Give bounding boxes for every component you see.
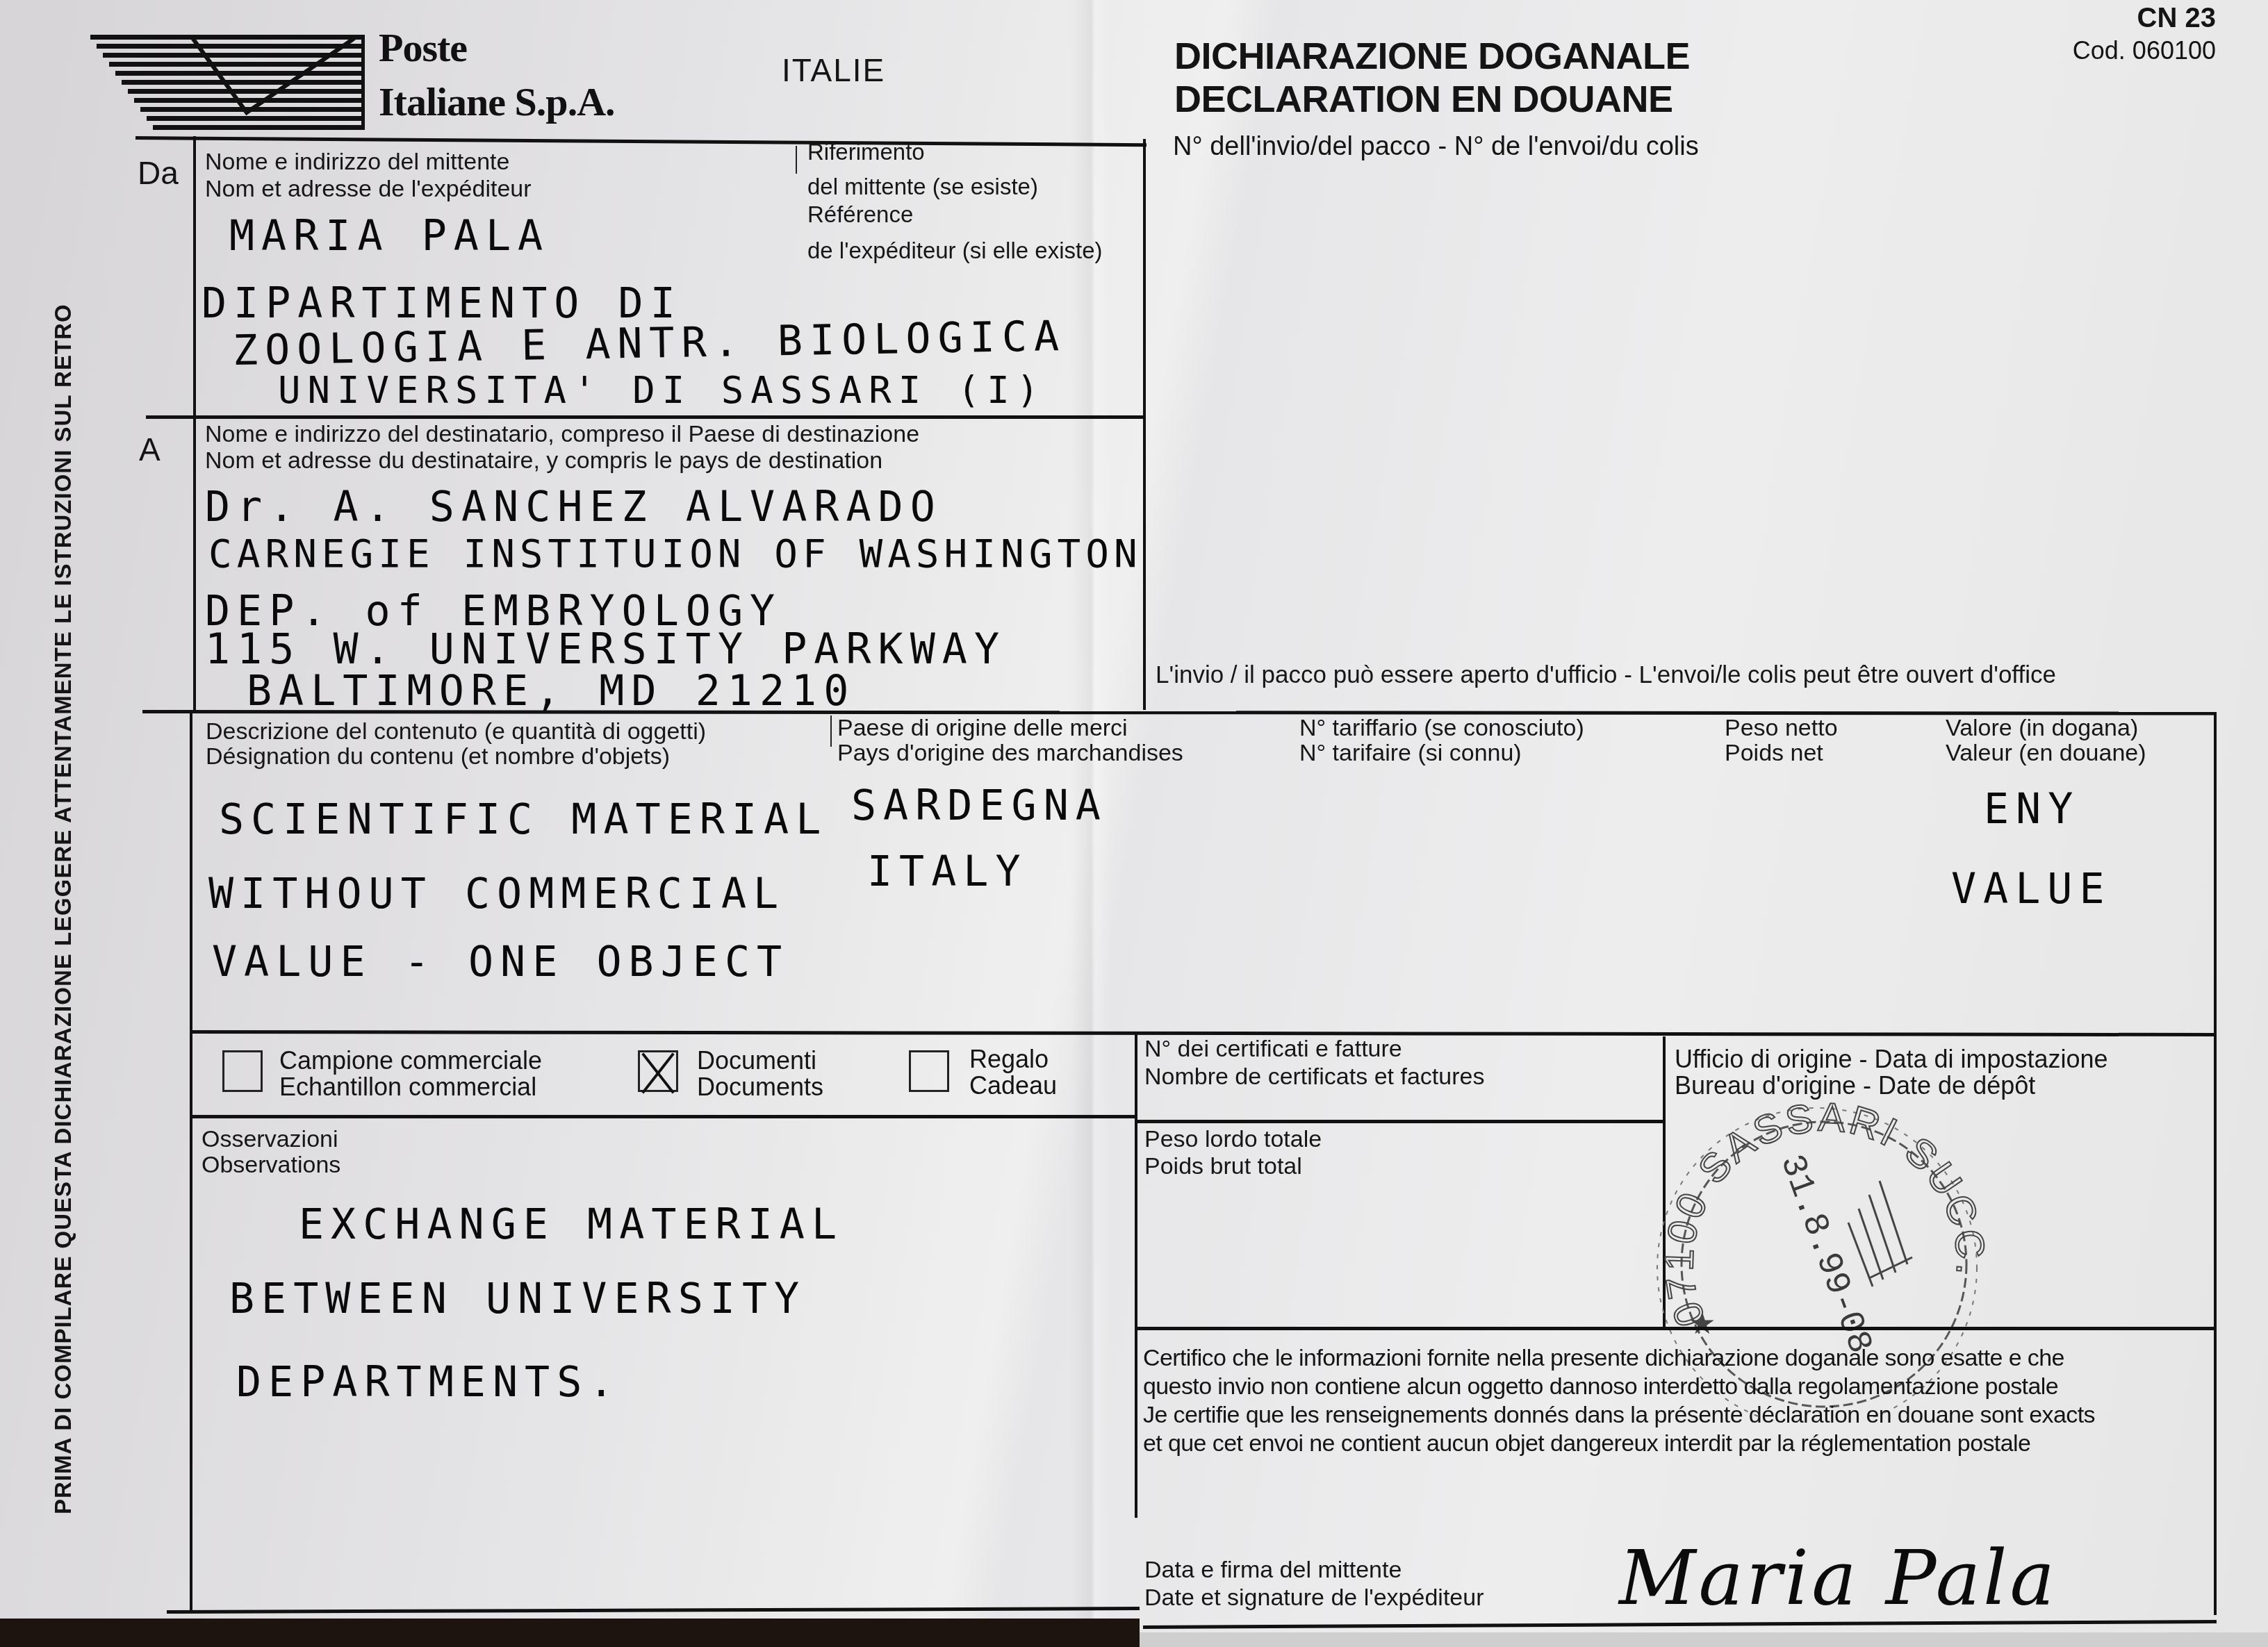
tariff-label-it: N° tariffario (se conosciuto)	[1299, 714, 1584, 742]
net-weight-label-fr: Poids net	[1725, 739, 1823, 767]
certification-line: questo invio non contiene alcun oggetto …	[1143, 1373, 2095, 1401]
sender-address-line[interactable]: UNIVERSITA' DI SASSARI (I)	[278, 368, 1046, 412]
reference-label: del mittente (se esiste)	[807, 174, 1038, 200]
desk-background	[0, 1619, 1140, 1647]
gross-weight-label-it: Peso lordo totale	[1144, 1125, 1322, 1153]
recipient-address-line[interactable]: BALTIMORE, MD 21210	[247, 667, 855, 715]
brand-name: Poste Italiane S.p.A.	[379, 28, 615, 122]
sender-label-it: Nome e indirizzo del mittente	[205, 148, 509, 176]
page-title: DICHIARAZIONE DOGANALE DECLARATION EN DO…	[1174, 35, 1690, 121]
form-code: CN 23	[2137, 3, 2216, 34]
value-label-fr: Valeur (en douane)	[1946, 739, 2146, 767]
svg-text:★: ★	[1688, 1307, 1716, 1341]
sender-section-label: Da	[138, 154, 179, 192]
reference-label: Référence	[807, 201, 913, 228]
office-origin-label-it: Ufficio di origine - Data di impostazion…	[1675, 1045, 2108, 1073]
origin-country: ITALIE	[782, 51, 885, 89]
recipient-section-label: A	[139, 431, 161, 468]
divider	[830, 715, 832, 747]
may-be-opened-note: L'invio / il pacco può essere aperto d'u…	[1156, 661, 2056, 689]
certificates-label-it: N° dei certificati e fatture	[1144, 1035, 1402, 1063]
net-weight-label-it: Peso netto	[1725, 714, 1838, 742]
observations-label-it: Osservazioni	[202, 1125, 338, 1153]
origin-label-it: Paese di origine delle merci	[837, 714, 1128, 742]
gift-label-it: Regalo	[969, 1045, 1049, 1073]
contents-description-line[interactable]: VALUE - ONE OBJECT	[212, 938, 789, 986]
certification-line: et que cet envoi ne contient aucun objet…	[1143, 1430, 2095, 1458]
certificates-label-fr: Nombre de certificats et factures	[1144, 1063, 1484, 1091]
certification-line: Je certifie que les renseignements donné…	[1143, 1401, 2095, 1430]
observations-line[interactable]: EXCHANGE MATERIAL	[299, 1200, 844, 1249]
recipient-label-it: Nome e indirizzo del destinatario, compr…	[205, 420, 919, 448]
contents-value-line[interactable]: VALUE	[1951, 865, 2112, 913]
certification-text: Certifico che le informazioni fornite ne…	[1143, 1344, 2095, 1458]
divider	[167, 1607, 1140, 1614]
divider	[1143, 139, 1146, 710]
contents-description-line[interactable]: WITHOUT COMMERCIAL	[208, 870, 785, 918]
divider	[2214, 712, 2217, 1615]
reference-label: de l'expéditeur (si elle existe)	[807, 238, 1103, 264]
observations-line[interactable]: DEPARTMENTS.	[236, 1358, 621, 1407]
divider	[796, 146, 797, 174]
divider	[1135, 1032, 1137, 1518]
divider	[1135, 1327, 2215, 1330]
brand-line-2: Italiane S.p.A.	[379, 82, 615, 122]
parcel-number-label: N° dell'invio/del pacco - N° de l'envoi/…	[1173, 132, 1699, 162]
gift-label-fr: Cadeau	[969, 1072, 1057, 1100]
contents-origin-line[interactable]: ITALY	[867, 847, 1028, 896]
contents-origin-line[interactable]: SARDEGNA	[851, 781, 1108, 830]
signature-label-it: Data e firma del mittente	[1144, 1556, 1402, 1584]
observations-label-fr: Observations	[202, 1151, 340, 1179]
contents-value-line[interactable]: ENY	[1984, 785, 2080, 834]
gross-weight-label-fr: Poids brut total	[1144, 1152, 1302, 1180]
recipient-address-line[interactable]: CARNEGIE INSTITUION OF WASHINGTON	[208, 531, 1142, 577]
signature-label-fr: Date et signature de l'expéditeur	[1144, 1584, 1484, 1612]
side-instruction: PRIMA DI COMPILARE QUESTA DICHIARAZIONE …	[50, 304, 76, 1514]
paper-edge	[1140, 1632, 2268, 1647]
contents-description-line[interactable]: SCIENTIFIC MATERIAL	[219, 795, 828, 844]
certification-line: Certifico che le informazioni fornite ne…	[1143, 1344, 2095, 1373]
title-french: DECLARATION EN DOUANE	[1174, 78, 1690, 121]
recipient-label-fr: Nom et adresse du destinataire, y compri…	[205, 447, 882, 474]
documents-label-fr: Documents	[697, 1073, 823, 1101]
sender-signature[interactable]: Maria Pala	[1619, 1535, 2057, 1622]
commercial-sample-label-fr: Echantillon commercial	[279, 1073, 536, 1101]
poste-italiane-logo-icon	[87, 35, 365, 129]
description-label-fr: Désignation du contenu (et nombre d'obje…	[206, 743, 670, 770]
divider	[1135, 1120, 1664, 1123]
sender-name[interactable]: MARIA PALA	[229, 212, 550, 260]
checkbox-documents[interactable]	[638, 1050, 678, 1092]
tariff-label-fr: N° tarifaire (si connu)	[1299, 739, 1522, 767]
recipient-name[interactable]: Dr. A. SANCHEZ ALVARADO	[205, 483, 942, 531]
checkbox-gift[interactable]	[909, 1050, 949, 1092]
divider	[190, 1115, 1136, 1118]
divider	[190, 710, 192, 1613]
description-label-it: Descrizione del contenuto (e quantità di…	[206, 718, 706, 745]
commercial-sample-label-it: Campione commerciale	[279, 1047, 542, 1075]
documents-label-it: Documenti	[697, 1047, 816, 1075]
divider	[193, 136, 196, 713]
divider	[146, 415, 1144, 419]
value-label-it: Valore (in dogana)	[1946, 714, 2138, 742]
origin-label-fr: Pays d'origine des marchandises	[837, 739, 1183, 767]
brand-line-1: Poste	[379, 28, 615, 68]
title-italian: DICHIARAZIONE DOGANALE	[1174, 35, 1690, 78]
reference-label: Riferimento	[807, 139, 925, 165]
checkbox-commercial-sample[interactable]	[222, 1050, 263, 1092]
sender-label-fr: Nom et adresse de l'expéditeur	[205, 175, 532, 203]
divider	[135, 136, 1147, 147]
form-cod: Cod. 060100	[2073, 36, 2216, 65]
observations-line[interactable]: BETWEEN UNIVERSITY	[229, 1275, 806, 1323]
